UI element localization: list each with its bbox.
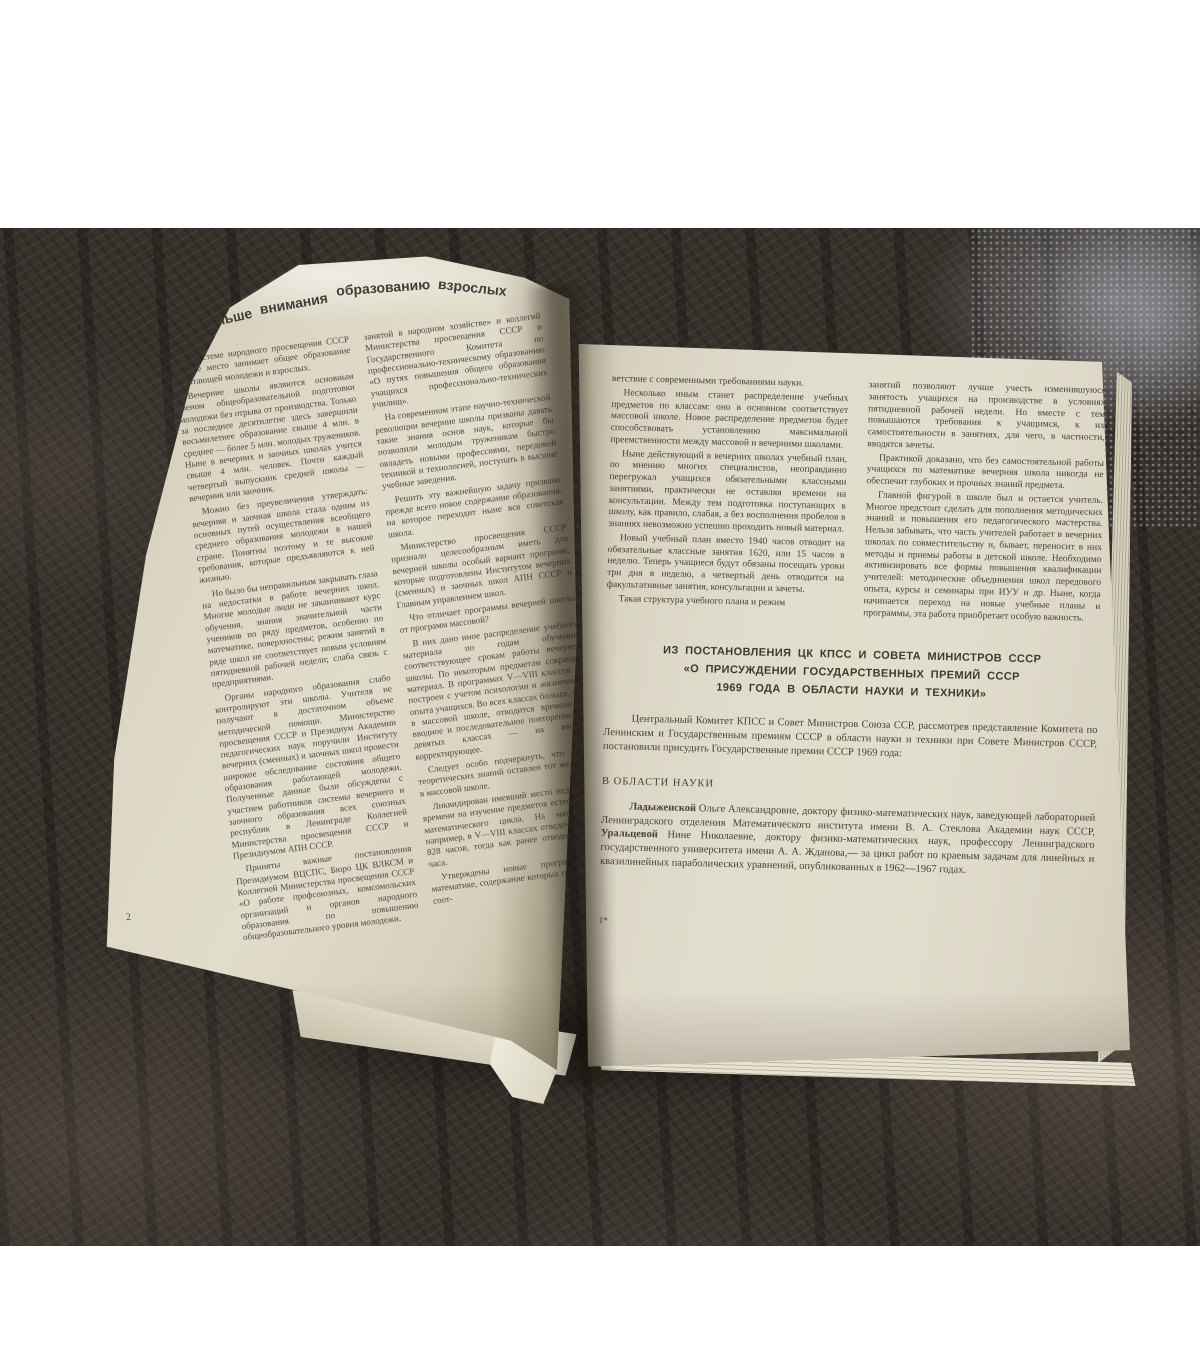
paragraph: Но было бы неправильным закрывать глаза …: [200, 568, 389, 691]
paragraph: Вечерние школы являются основным звеном …: [176, 371, 366, 505]
title-word: взрослых: [437, 276, 507, 299]
paragraph: Ныне действующий в вечерних школах учебн…: [608, 449, 847, 537]
decree-intro-paragraph: Центральный Комитет КПСС и Совет Министр…: [603, 712, 1098, 766]
right-page-column-2: занятий позволяют лучше учесть изменившу…: [863, 380, 1106, 627]
right-page: ветствие с современными требованиями нау…: [560, 332, 1144, 1080]
right-page-columns: ветствие с современными требованиями нау…: [606, 374, 1106, 627]
paragraph: Практикой доказано, что без самостоятель…: [866, 453, 1104, 494]
right-page-column-1: ветствие с современными требованиями нау…: [606, 374, 849, 621]
decree-heading: ИЗ ПОСТАНОВЛЕНИЯ ЦК КПСС И СОВЕТА МИНИСТ…: [604, 641, 1099, 706]
title-word: образованию: [336, 276, 431, 299]
laureate-name: Ладыженской: [629, 801, 696, 814]
decree-section: ИЗ ПОСТАНОВЛЕНИЯ ЦК КПСС И СОВЕТА МИНИСТ…: [599, 641, 1100, 937]
paragraph: Новый учебный план вместо 1940 часов отв…: [607, 533, 845, 598]
signature-mark: 1*: [599, 915, 1093, 937]
science-section-heading: В ОБЛАСТИ НАУКИ: [602, 776, 1096, 799]
page-number: 2: [125, 912, 131, 924]
award-paragraph: Ладыженской Ольге Александровне, доктору…: [600, 800, 1096, 881]
paragraph: занятий позволяют лучше учесть изменившу…: [867, 380, 1106, 456]
book-photo: { "left_page": { "title_words": ["Больше…: [0, 0, 1200, 1372]
award-text: Нине Николаевне, доктору физико-математи…: [600, 830, 1095, 876]
paragraph: Несколько иным станет распределение учеб…: [610, 388, 848, 453]
paragraph: Главной фигурой в школе был и остается у…: [863, 490, 1103, 625]
right-page-content: ветствие с современными требованиями нау…: [599, 374, 1106, 937]
title-word: внимания: [259, 290, 330, 318]
paragraph: Органы народного образования слабо контр…: [213, 672, 410, 862]
